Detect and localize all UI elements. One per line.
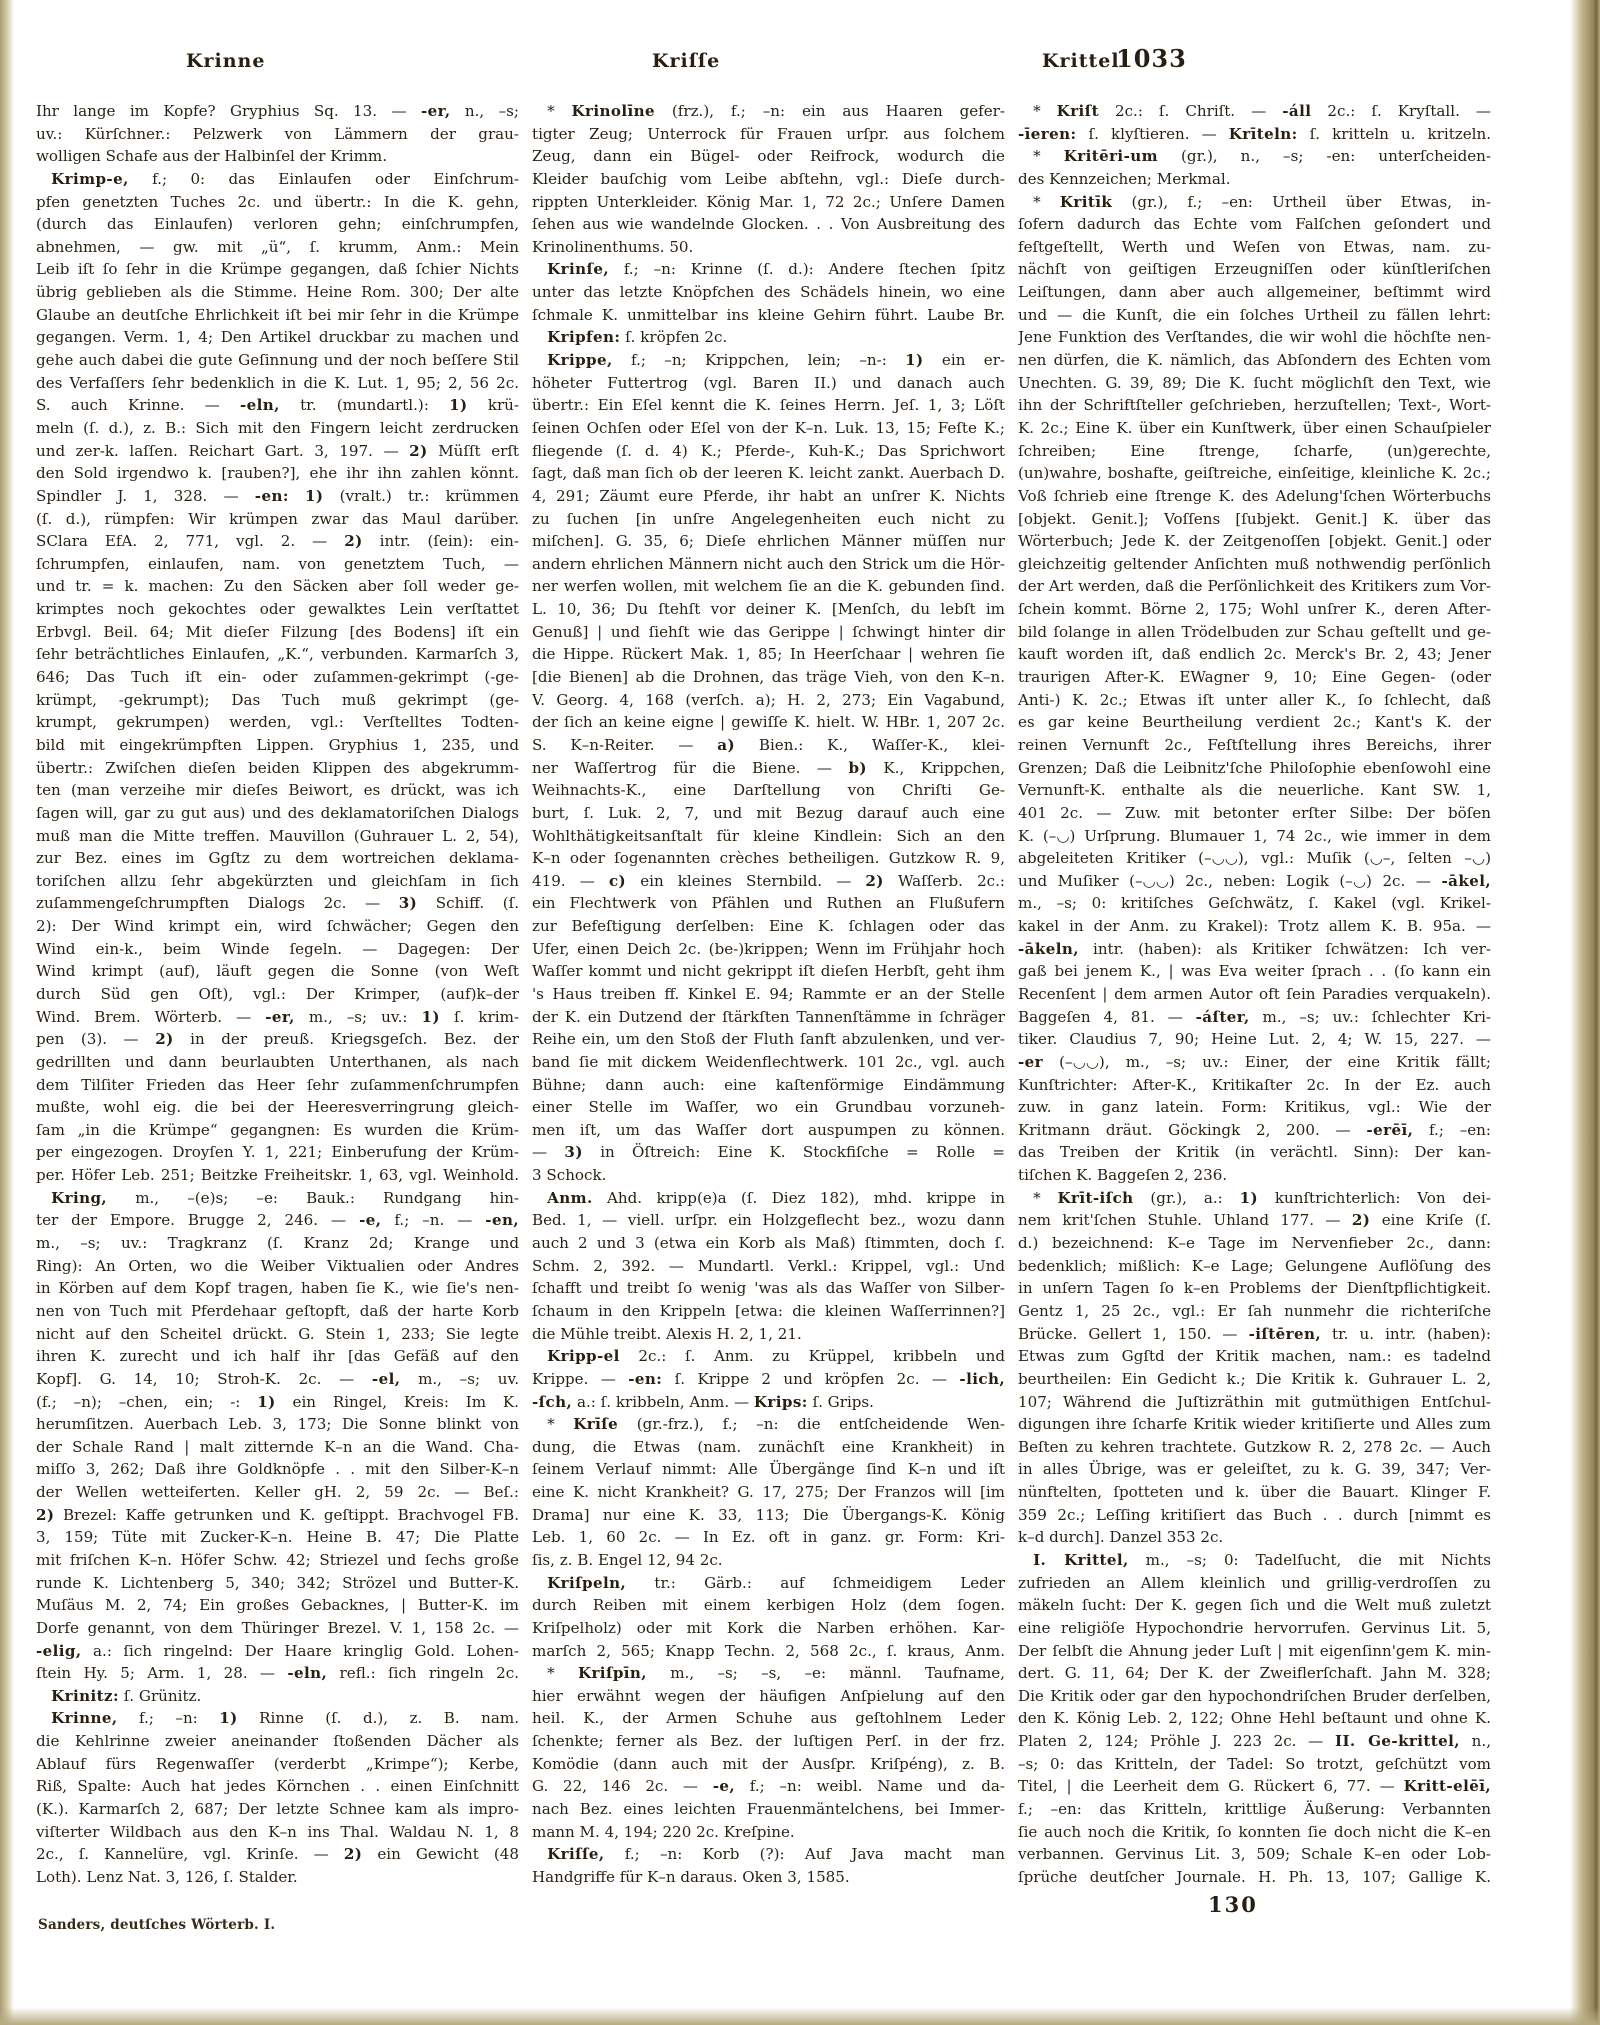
text-line: Drama] nur eine K. 33, 113; Die Übergang… [532, 1504, 1005, 1527]
text-column-center: * Krinolīne (frz.), f.; –n: ein aus Haar… [532, 100, 1005, 1889]
text-line: ten (man verzeihe mir dieſes Beiwort, es… [36, 779, 519, 802]
text-line: Genuß] | und ſiehſt wie das Gerippe | ſc… [532, 621, 1005, 644]
text-line: das Treiben der Kritik (in verächtl. Sin… [1018, 1141, 1491, 1164]
text-line: Gentz 1, 25 2c., vgl.: Er ſah nunmehr di… [1018, 1300, 1491, 1323]
text-line: nem krit'ſchen Stuhle. Uhland 177. — 2) … [1018, 1209, 1491, 1232]
text-column-right: * Kriſt 2c.: ſ. Chriſt. — -áll 2c.: ſ. K… [1018, 100, 1491, 1889]
text-line: einer Stelle im Waſſer, wo ein Grundbau … [532, 1096, 1005, 1119]
text-line: krimptes noch gekochtes oder gewalktes L… [36, 598, 519, 621]
text-line: zuſammengeſchrumpften Dialogs 2c. — 3) S… [36, 892, 519, 915]
text-line: K. 2c.; Eine K. über ein Kunſtwerk, über… [1018, 417, 1491, 440]
text-line: mit friſchen K–n. Höfer Schw. 42; Striez… [36, 1549, 519, 1572]
text-line: bild ſolange in allen Trödelbuden zur Sc… [1018, 621, 1491, 644]
text-line: übertr.: Ein Eſel kennt die K. ſeines He… [532, 394, 1005, 417]
text-line: Krinne, f.; –n: 1) Rinne (ſ. d.), z. B. … [36, 1707, 519, 1730]
text-line: in alles Übrige, was er geleiſtet, zu k.… [1018, 1458, 1491, 1481]
text-line: durch Reiben mit einem kerbigen Holz (de… [532, 1594, 1005, 1617]
text-line: meln (ſ. d.), z. B.: Sich mit den Finger… [36, 417, 519, 440]
text-line: nächſt von geiſtigen Erzeugniſſen oder k… [1018, 258, 1491, 281]
text-line: Ufer, einen Deich 2c. (be-)krippen; Wenn… [532, 938, 1005, 961]
text-line: tiſchen K. Baggeſen 2, 236. [1018, 1164, 1491, 1187]
text-line: kauft worden iſt, daß endlich 2c. Merck'… [1018, 643, 1491, 666]
text-line: ſehr beträchtliches Einlaufen, „K.“, ver… [36, 643, 519, 666]
text-line: beurtheilen: Ein Gedicht k.; Die Kritik … [1018, 1368, 1491, 1391]
text-line: Wind krimpt (auf), läuft gegen die Sonne… [36, 960, 519, 983]
text-line: uv.: Kürſchner.: Pelzwerk von Lämmern de… [36, 123, 519, 146]
text-line: eine K. nicht Krankheit? G. 17, 275; Der… [532, 1481, 1005, 1504]
text-line: traurigen After-K. EWagner 9, 10; Eine G… [1018, 666, 1491, 689]
text-line: Krimp-e, f.; 0: das Einlaufen oder Einſc… [36, 168, 519, 191]
text-line: Kopf]. G. 14, 10; Stroh-K. 2c. — -el, m.… [36, 1368, 519, 1391]
text-line: Vernunft-K. enthalte als die neuerliche.… [1018, 779, 1491, 802]
text-line: marſch 2, 565; Knapp Techn. 2, 568 2c., … [532, 1640, 1005, 1663]
text-line: ſagen will, gar zu gut aus) und des dekl… [36, 802, 519, 825]
text-line: die Mühle treibt. Alexis H. 2, 1, 21. [532, 1323, 1005, 1346]
text-line: -er (–◡◡), m., –s; uv.: Einer, der eine … [1018, 1051, 1491, 1074]
text-line: [die Bienen] ab die Drohnen, das träge V… [532, 666, 1005, 689]
text-line: Jene Funktion des Verſtandes, die wir wo… [1018, 326, 1491, 349]
text-line: ſis, z. B. Engel 12, 94 2c. [532, 1549, 1005, 1572]
text-line: (ſ. d.), rümpfen: Wir krümpen zwar das M… [36, 508, 519, 531]
text-line: feſtgeſtellt, Werth und Weſen von Etwas,… [1018, 236, 1491, 259]
text-line: 646; Das Tuch iſt ein- oder zuſammen-gek… [36, 666, 519, 689]
text-line: Dorfe genannt, von dem Thüringer Brezel.… [36, 1617, 519, 1640]
text-line: Komödie (dann auch mit der Ausſpr. Kriſp… [532, 1753, 1005, 1776]
text-line: Wohlthätigkeitsanſtalt für kleine Kindle… [532, 825, 1005, 848]
text-line: [objekt. Genit.]; Voſſens [ſubjekt. Geni… [1018, 508, 1491, 531]
text-line: der ſich an keine eigne | gewiſſe K. hie… [532, 711, 1005, 734]
text-line: 359 2c.; Leſſing kritiſiert das Buch . .… [1018, 1504, 1491, 1527]
text-line: — 3) in Öſtreich: Eine K. Stockfiſche = … [532, 1141, 1005, 1164]
text-line: viſterter Wildbach aus den K–n ins Thal.… [36, 1821, 519, 1844]
text-line: nünftelten, ſpotteten und k. über die Ba… [1018, 1481, 1491, 1504]
text-line: K. (–◡) Urſprung. Blumauer 1, 74 2c., wi… [1018, 825, 1491, 848]
text-line: -ſch, a.: ſ. kribbeln, Anm. — Krips: ſ. … [532, 1391, 1005, 1414]
text-line: tigter Zeug; Unterrock für Frauen urſpr.… [532, 123, 1005, 146]
running-head-center: Kriſſe [652, 50, 720, 74]
text-line: und Muſiker (–◡◡) 2c., neben: Logik (–◡)… [1018, 870, 1491, 893]
text-line: –s; 0: das Kritteln, der Tadel: So trotz… [1018, 1753, 1491, 1776]
text-line: kakel in der Anm. zu Krakel): Trotz alle… [1018, 915, 1491, 938]
text-line: band ſie mit dickem Weidenflechtwerk. 10… [532, 1051, 1005, 1074]
text-line: 3, 159; Tüte mit Zucker-K–n. Heine B. 47… [36, 1526, 519, 1549]
text-line: Wörterbuch; Jede K. der Zeitgenoſſen [ob… [1018, 530, 1491, 553]
text-line: Bühne; dann auch: eine kaſtenförmige Ein… [532, 1074, 1005, 1097]
text-line: der Schale Rand | malt zitternde K–n an … [36, 1436, 519, 1459]
text-line: ihn der Schriftſteller geſchrieben, herz… [1018, 394, 1491, 417]
text-line: m., –s; uv.: Tragkranz (ſ. Kranz 2d; Kra… [36, 1232, 519, 1255]
text-line: zu ſuchen [in unſre Angelegenheiten euch… [532, 508, 1005, 531]
text-line: übrig geblieben als die Stimme. Heine Ro… [36, 281, 519, 304]
text-line: 2) Brezel: Kaffe getrunken und K. geſtip… [36, 1504, 519, 1527]
text-line: Kring, m., –(e)s; –e: Bauk.: Rundgang hi… [36, 1187, 519, 1210]
text-line: Reihe ein, um den Stoß der Fluth ſanft a… [532, 1028, 1005, 1051]
running-head-right: Krittel [1042, 50, 1120, 74]
text-line: ihren K. zurecht und ich half ihr [das G… [36, 1345, 519, 1368]
running-head-left: Krinne [186, 50, 265, 74]
text-line: wolligen Schafe aus der Halbinſel der Kr… [36, 145, 519, 168]
text-line: runde K. Lichtenberg 5, 340; 342; Ströze… [36, 1572, 519, 1595]
text-line: in Körben auf dem Kopf tragen, haben ſie… [36, 1277, 519, 1300]
text-line: Kriſpelholz) oder mit Kork die Narben er… [532, 1617, 1005, 1640]
text-line: reinen Vernunft 2c., Feſtſtellung ihres … [1018, 734, 1491, 757]
text-line: Kripfen: ſ. kröpfen 2c. [532, 326, 1005, 349]
text-line: ſprüche deutſcher Journale. H. Ph. 13, 1… [1018, 1866, 1491, 1889]
text-line: * Krīſe (gr.-frz.), f.; –n: die entſchei… [532, 1413, 1005, 1436]
text-line: herumſitzen. Auerbach Leb. 3, 173; Die S… [36, 1413, 519, 1436]
text-line: und zer-k. laſſen. Reichart Gart. 3, 197… [36, 440, 519, 463]
paper-edge-right [1570, 0, 1600, 2025]
text-line: mann M. 4, 194; 220 2c. Kreſpine. [532, 1821, 1005, 1844]
text-line: unter das letzte Knöpfchen des Schädels … [532, 281, 1005, 304]
text-line: gehe auch dabei die gute Geſinnung und d… [36, 349, 519, 372]
text-line: ner Waſſertrog für die Biene. — b) K., K… [532, 757, 1005, 780]
text-line: (K.). Karmarſch 2, 687; Der letzte Schne… [36, 1798, 519, 1821]
text-line: muß man die Mitte treffen. Mauvillon (Gu… [36, 825, 519, 848]
text-line: der K. ein Dutzend der ſtärkſten Tannenſ… [532, 1006, 1005, 1029]
text-line: des Kennzeichen; Merkmal. [1018, 168, 1491, 191]
text-line: ſchein kommt. Börne 2, 175; Wohl unſrer … [1018, 598, 1491, 621]
text-line: * Kriſt 2c.: ſ. Chriſt. — -áll 2c.: ſ. K… [1018, 100, 1491, 123]
text-line: abnehmen, — gw. mit „ü“, ſ. krumm, Anm.:… [36, 236, 519, 259]
text-line: K–n oder ſogenannten crèches betheiligen… [532, 847, 1005, 870]
text-line: den Sold irgendwo k. [rauben?], ehe ihr … [36, 462, 519, 485]
text-line: Grenzen; Daß die Leibnitz'ſche Philoſoph… [1018, 757, 1491, 780]
text-line: es gar keine Beurtheilung verdient 2c.; … [1018, 711, 1491, 734]
text-line: Leiſtungen, dann aber auch allgemeiner, … [1018, 281, 1491, 304]
text-line: Kunſtrichter: After-K., Kritikaſter 2c. … [1018, 1074, 1491, 1097]
text-line: höheter Futtertrog (vgl. Baren II.) und … [532, 372, 1005, 395]
text-line: zuw. in ganz latein. Form: Kritikus, vgl… [1018, 1096, 1491, 1119]
text-line: Bed. 1, — viell. urſpr. ein Holzgeflecht… [532, 1209, 1005, 1232]
text-line: Recenſent | dem armen Autor oft ſein Par… [1018, 983, 1491, 1006]
text-line: Baggeſen 4, 81. — -áſter, m., –s; uv.: ſ… [1018, 1006, 1491, 1029]
text-line: miſſo 3, 262; Daß ihre Goldknöpfe . . mi… [36, 1458, 519, 1481]
text-line: Wind. Brem. Wörterb. — -er, m., –s; uv.:… [36, 1006, 519, 1029]
text-line: 3 Schock. [532, 1164, 1005, 1187]
text-line: Kleider bauſchig vom Leibe abſtehn, vgl.… [532, 168, 1005, 191]
text-line: Voß ſchrieb eine ſtrenge K. des Adelung'… [1018, 485, 1491, 508]
text-line: auch 2 und 3 (etwa ein Korb als Maß) ſti… [532, 1232, 1005, 1255]
text-line: ſam „in die Krümpe“ gegangnen: Es wurden… [36, 1119, 519, 1142]
text-line: Leib iſt ſo ſehr in die Krümpe gegangen,… [36, 258, 519, 281]
text-line: f.; –en: das Kritteln, krittlige Äußerun… [1018, 1798, 1491, 1821]
text-line: ein Flechtwerk von Pfählen und Ruthen an… [532, 892, 1005, 915]
paper-edge-left [0, 0, 14, 2025]
page-number: 1033 [1116, 44, 1187, 73]
text-line: dung, die Etwas (nam. zunächſt eine Kran… [532, 1436, 1005, 1459]
text-line: per eingezogen. Droyſen Y. 1, 221; Einbe… [36, 1141, 519, 1164]
text-line: ſchenkte; ferner als Bez. der luſtigen P… [532, 1730, 1005, 1753]
text-line: mäkeln ſucht: Der K. gegen ſich und die … [1018, 1594, 1491, 1617]
text-line: verbannen. Gervinus Lit. 3, 509; Schale … [1018, 1843, 1491, 1866]
text-line: ſchafft und treibt ſo wenig 'was als das… [532, 1277, 1005, 1300]
text-line: * Krīt-iſch (gr.), a.: 1) kunſtrichterli… [1018, 1187, 1491, 1210]
text-line: Brücke. Gellert 1, 150. — -iſtēren, tr. … [1018, 1323, 1491, 1346]
text-line: krumpt, gekrumpen) werden, vgl.: Verſtel… [36, 711, 519, 734]
text-line: und tr. = k. machen: Zu den Säcken aber … [36, 575, 519, 598]
text-line: Ablauf fürs Regenwaſſer (verderbt „Krimp… [36, 1753, 519, 1776]
text-line: Krinſe, f.; –n: Krinne (ſ. d.): Andere ſ… [532, 258, 1005, 281]
text-line: * Kritēri-um (gr.), n., –s; -en: unterſc… [1018, 145, 1491, 168]
text-line: hier erwähnt wegen der häufigen Anſpielu… [532, 1685, 1005, 1708]
text-line: S. K–n-Reiter. — a) Bien.: K., Waſſer-K.… [532, 734, 1005, 757]
text-line: dert. G. 11, 64; Der K. der Zweiflerſcha… [1018, 1662, 1491, 1685]
text-line: nicht auf den Scheitel drückt. G. Stein … [36, 1323, 519, 1346]
text-line: m., –s; 0: kritiſches Geſchwätz, ſ. Kake… [1018, 892, 1491, 915]
text-line: Unechten. G. 39, 89; Die K. ſucht möglic… [1018, 372, 1491, 395]
text-line: digungen ihre ſcharfe Kritik wieder krit… [1018, 1413, 1491, 1436]
text-line: -elig, a.: ſich ringelnd: Der Haare krin… [36, 1640, 519, 1663]
text-line: Handgriffe für K–n daraus. Oken 3, 1585. [532, 1866, 1005, 1889]
text-line: bedenklich; mißlich: K–e Lage; Gelungene… [1018, 1255, 1491, 1278]
sheet-signature: 130 [1208, 1892, 1258, 1917]
text-line: pfen genetzten Tuches 2c. und übertr.: I… [36, 191, 519, 214]
text-line: -īeren: ſ. klyſtieren. — Krīteln: ſ. kri… [1018, 123, 1491, 146]
text-line: ſchrumpfen, einlaufen, nam. von genetzte… [36, 553, 519, 576]
text-line: Erbvgl. Beil. 64; Mit dieſer Filzung [de… [36, 621, 519, 644]
text-line: 's Haus treiben ff. Kinkel E. 94; Rammte… [532, 983, 1005, 1006]
text-line: ſeinen Ochſen oder Eſel von der K–n. Luk… [532, 417, 1005, 440]
text-line: Krinitz: ſ. Grünitz. [36, 1685, 519, 1708]
text-line: heil. K., der Armen Schuhe aus geſtohlne… [532, 1707, 1005, 1730]
text-line: die Kehlrinne zweier aneinander ſtoßende… [36, 1730, 519, 1753]
text-line: gegangen. Verm. 1, 4; Den Artikel druckb… [36, 326, 519, 349]
text-column-left: Ihr lange im Kopfe? Gryphius Sq. 13. — -… [36, 100, 519, 1889]
text-line: I. Krittel, m., –s; 0: Tadelſucht, die m… [1018, 1549, 1491, 1572]
text-line: ſchreiben; Eine ſtrenge, ſcharfe, (un)ge… [1018, 440, 1491, 463]
text-line: Riß, Spalte: Auch hat jedes Körnchen . .… [36, 1775, 519, 1798]
text-line: gaß bei jenem K., | was Eva weiter ſprac… [1018, 960, 1491, 983]
text-line: mußte, wohl eig. die bei der Heeresverri… [36, 1096, 519, 1119]
text-line: * Kriſpīn, m., –s; –s, –e: männl. Taufna… [532, 1662, 1005, 1685]
text-line: der Art werden, daß die Perſönlichkeit d… [1018, 575, 1491, 598]
text-line: den K. König Leb. 2, 122; Ohne Hehl beſt… [1018, 1707, 1491, 1730]
text-line: k–d durch]. Danzel 353 2c. [1018, 1526, 1491, 1549]
text-line: gedrillten und dann beurlaubten Untertha… [36, 1051, 519, 1074]
text-line: dem Tilſiter Frieden das Heer ſehr zuſam… [36, 1074, 519, 1097]
text-line: ſchaum in den Krippeln [etwa: die kleine… [532, 1300, 1005, 1323]
text-line: nen von Tuch mit Pferdehaar geſtopft, da… [36, 1300, 519, 1323]
text-line: zur Bez. eines im Ggſtz zu dem wortreich… [36, 847, 519, 870]
text-line: 4, 291; Zäumt eure Pferde, ihr habt an u… [532, 485, 1005, 508]
text-line: krümpt, -gekrumpt); Das Tuch muß gekrimp… [36, 689, 519, 712]
text-line: Ihr lange im Kopfe? Gryphius Sq. 13. — -… [36, 100, 519, 123]
text-line: per. Höfer Leb. 251; Beitzke Freiheitskr… [36, 1164, 519, 1187]
text-line: (durch das Einlaufen) verloren gehn; ein… [36, 213, 519, 236]
text-line: Zeug, dann ein Bügel- oder Reifrock, wod… [532, 145, 1005, 168]
text-line: nach Bez. eines leichten Frauenmäntelche… [532, 1798, 1005, 1821]
text-line: toriſchen allzu ſehr abgekürzten und gle… [36, 870, 519, 893]
text-line: miſchen]. G. 35, 6; Dieſe ehrlichen Männ… [532, 530, 1005, 553]
text-line: Spindler J. 1, 328. — -en: 1) (vralt.) t… [36, 485, 519, 508]
text-line: Etwas zum Ggſtd der Kritik machen, nam.:… [1018, 1345, 1491, 1368]
text-line: Ring): An Orten, wo die Weiber Viktualie… [36, 1255, 519, 1278]
text-line: ſehen aus wie wandelnde Glocken. . . Von… [532, 213, 1005, 236]
text-line: S. auch Krinne. — -eln, tr. (mundartl.):… [36, 394, 519, 417]
text-line: ſchmale K. unmittelbar ins kleine Gehirn… [532, 304, 1005, 327]
text-line: Wind ein-k., beim Winde ſegeln. — Dagege… [36, 938, 519, 961]
text-line: 419. — c) ein kleines Sternbild. — 2) Wa… [532, 870, 1005, 893]
text-line: SClara EfA. 2, 771, vgl. 2. — 2) intr. (… [36, 530, 519, 553]
text-line: des Verfaſſers ſehr bedenklich in die K.… [36, 372, 519, 395]
text-line: (f.; –n); –chen, ein; -: 1) ein Ringel, … [36, 1391, 519, 1414]
text-line: Krippe. — -en: ſ. Krippe 2 und kröpfen 2… [532, 1368, 1005, 1391]
text-line: gleichzeitig geltender Anſichten muß not… [1018, 553, 1491, 576]
paper-edge-bottom [0, 2007, 1600, 2025]
text-line: rippten Unterkleider. König Mar. 1, 72 2… [532, 191, 1005, 214]
text-line: (un)wahre, boshafte, geiſtreiche, einſei… [1018, 462, 1491, 485]
text-line: ter der Empore. Brugge 2, 246. — -e, f.;… [36, 1209, 519, 1232]
text-line: nen dürfen, die K. nämlich, das Abſonder… [1018, 349, 1491, 372]
text-line: Kriſpeln, tr.: Gärb.: auf ſchmeidigem Le… [532, 1572, 1005, 1595]
text-line: burt, ſ. Luk. 2, 7, und mit Bezug darauf… [532, 802, 1005, 825]
text-line: Der ſelbſt die Ahnung jeder Luſt | mit e… [1018, 1640, 1491, 1663]
text-line: men iſt, um das Waſſer dort auspumpen zu… [532, 1119, 1005, 1142]
text-line: Titel, | die Leerheit dem G. Rückert 6, … [1018, 1775, 1491, 1798]
text-line: -ākeln, intr. (haben): als Kritiker ſchw… [1018, 938, 1491, 961]
text-line: G. 22, 146 2c. — -e, f.; –n: weibl. Name… [532, 1775, 1005, 1798]
text-line: * Kritīk (gr.), f.; –en: Urtheil über Et… [1018, 191, 1491, 214]
text-line: Glaube an deutſche Ehrlichkeit iſt bei m… [36, 304, 519, 327]
text-line: ſie auch noch die Kritik, ſo konnten ſie… [1018, 1821, 1491, 1844]
scanned-dictionary-page: { "header": { "running_head_left": "Krin… [0, 0, 1600, 2025]
text-line: L. 10, 36; Du ſtehſt vor deiner K. [Menſ… [532, 598, 1005, 621]
text-line: eine religiöſe Hypochondrie hervorrufen.… [1018, 1617, 1491, 1640]
text-line: Leb. 1, 60 2c. — In Ez. oft in ganz. gr.… [532, 1526, 1005, 1549]
text-line: Platen 2, 124; Pröhle J. 223 2c. — II. G… [1018, 1730, 1491, 1753]
text-line: ner werfen wollen, mit welchem ſie an di… [532, 575, 1005, 598]
text-line: die Hippe. Rückert Mak. 1, 85; In Heerſc… [532, 643, 1005, 666]
text-line: Krinolinenthums. 50. [532, 236, 1005, 259]
text-line: Krippe, f.; –n; Krippchen, lein; –n-: 1)… [532, 349, 1005, 372]
text-line: Waſſer kommt und nicht gekrippt iſt dieſ… [532, 960, 1005, 983]
text-line: 401 2c. — Zuw. mit betonter erſter Silbe… [1018, 802, 1491, 825]
text-line: 2): Der Wind krimpt ein, wird ſchwächer;… [36, 915, 519, 938]
text-line: übertr.: Zwiſchen dieſen beiden Klippen … [36, 757, 519, 780]
text-line: Weihnachts-K., eine Darſtellung von Chri… [532, 779, 1005, 802]
text-line: Kripp-el 2c.: ſ. Anm. zu Krüppel, kribbe… [532, 1345, 1005, 1368]
text-line: zufrieden an Allem kleinlich und grillig… [1018, 1572, 1491, 1595]
text-line: 2c., ſ. Kannelüre, vgl. Krinſe. — 2) ein… [36, 1843, 519, 1866]
text-line: zur Befeſtigung derſelben: Eine K. ſchla… [532, 915, 1005, 938]
text-line: V. Georg. 4, 168 (verſch. a); H. 2, 273;… [532, 689, 1005, 712]
text-line: fliegende (ſ. d. 4) K.; Pferde-, Kuh-K.;… [532, 440, 1005, 463]
text-line: der Wellen wetteiferten. Keller gH. 2, 5… [36, 1481, 519, 1504]
text-line: ſeinem Verlauf nimmt: Alle Übergänge ſin… [532, 1458, 1005, 1481]
text-line: abgeleiteten Kritiker (–◡◡), vgl.: Muſik… [1018, 847, 1491, 870]
text-line: Beſten zu kehren trachtete. Gutzkow R. 2… [1018, 1436, 1491, 1459]
text-line: durch Süd gen Oſt), vgl.: Der Krimper, (… [36, 983, 519, 1006]
text-line: ſofern dadurch das Echte vom Falſchen ge… [1018, 213, 1491, 236]
text-line: andern ehrlichen Männern nicht auch den … [532, 553, 1005, 576]
text-line: Muſäus M. 2, 74; Ein großes Gebacknes, |… [36, 1594, 519, 1617]
text-line: Kritmann dräut. Göckingk 2, 200. — -erēī… [1018, 1119, 1491, 1142]
text-line: * Krinolīne (frz.), f.; –n: ein aus Haar… [532, 100, 1005, 123]
text-line: Kriſſe, f.; –n: Korb (?): Auf Java macht… [532, 1843, 1005, 1866]
text-line: Anm. Ahd. kripp(e)a (ſ. Diez 182), mhd. … [532, 1187, 1005, 1210]
volume-note: Sanders, deutſches Wörterb. I. [38, 1917, 275, 1933]
text-line: 107; Während die Juſtizräthin mit gutmüt… [1018, 1391, 1491, 1414]
text-line: Anti-) K. 2c.; Etwas iſt unter aller K.,… [1018, 689, 1491, 712]
text-line: Schm. 2, 392. — Mundartl. Verkl.: Krippe… [532, 1255, 1005, 1278]
text-line: tiker. Claudius 7, 90; Heine Lut. 2, 4; … [1018, 1028, 1491, 1051]
text-line: und — die Kunſt, die ein ſolches Urtheil… [1018, 304, 1491, 327]
text-line: d.) bezeichnend: K–e Tage im Nervenfiebe… [1018, 1232, 1491, 1255]
text-line: Loth). Lenz Nat. 3, 126, ſ. Stalder. [36, 1866, 519, 1889]
text-line: in unſern Tagen ſo k–en Problems der Die… [1018, 1277, 1491, 1300]
text-line: ſtein Hy. 5; Arm. 1, 28. — -eln, refl.: … [36, 1662, 519, 1685]
text-line: Die Kritik oder gar den hypochondriſchen… [1018, 1685, 1491, 1708]
text-line: pen (3). — 2) in der preuß. Kriegsgeſch.… [36, 1028, 519, 1051]
text-line: bild mit eingekrümpften Lippen. Gryphius… [36, 734, 519, 757]
text-line: ſagt, daß man ſich ob der leeren K. leic… [532, 462, 1005, 485]
